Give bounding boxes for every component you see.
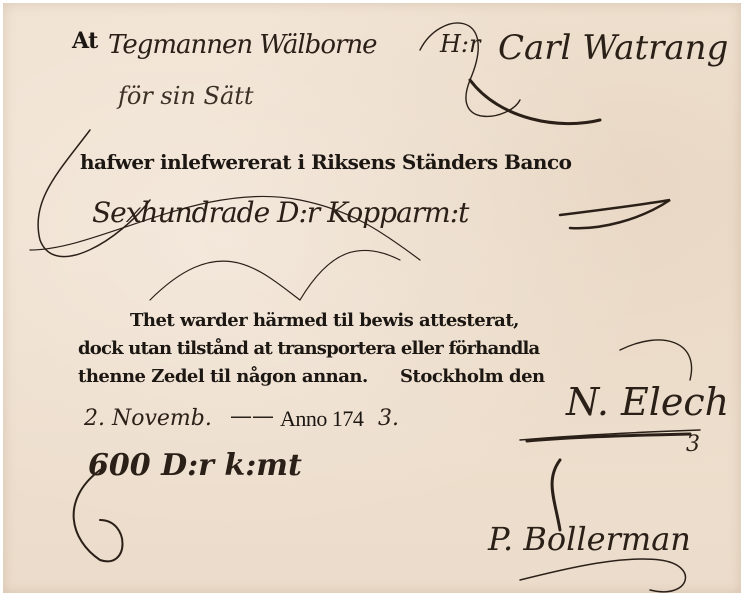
- handwritten-payee: Tegmannen Wälborne: [108, 30, 377, 60]
- attestation-line-1: Thet warder härmed til bewis attesterat,: [130, 310, 519, 331]
- signature-1-mark: 3: [686, 432, 700, 457]
- handwritten-name: Carl Watrang: [498, 28, 728, 68]
- handwritten-amount-words: Sexhundrade D:r Kopparm:t: [92, 196, 468, 229]
- banknote-paper: [3, 3, 741, 593]
- printed-anno: Anno 174: [280, 406, 363, 432]
- attestation-line-2: dock utan tilstånd at transportera eller…: [78, 338, 539, 359]
- printed-deposit-line: hafwer inlefwererat i Riksens Ständers B…: [80, 150, 571, 174]
- handwritten-amount: 600 D:r k:mt: [88, 448, 302, 483]
- attestation-line-3-right: Stockholm den: [400, 366, 545, 387]
- printed-at: At: [72, 28, 98, 54]
- handwritten-year-digit: 3.: [378, 406, 399, 431]
- date-dash: ——: [230, 404, 274, 429]
- handwritten-day: 2. Novemb.: [84, 406, 212, 431]
- signature-1: N. Elech: [566, 380, 729, 424]
- handwritten-line2: för sin Sätt: [118, 82, 254, 110]
- handwritten-title: H:r: [440, 30, 481, 58]
- signature-2: P. Bollerman: [488, 520, 691, 558]
- attestation-line-3-left: thenne Zedel til någon annan.: [78, 366, 368, 387]
